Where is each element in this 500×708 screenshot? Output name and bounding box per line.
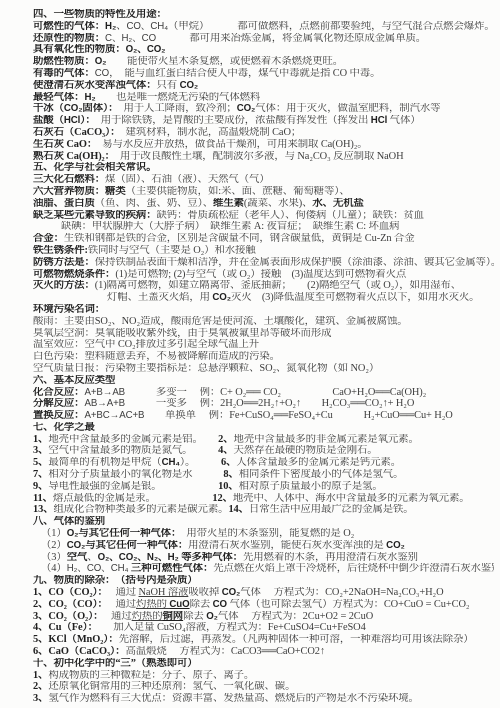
text-run: 空气质量日报：污染物主要指标是：总悬浮颗粒、SO₂、氮氧化物（如 NO₂） [33, 363, 379, 374]
text-run: 与其它任何一种气体： [78, 528, 176, 539]
text-run: 3、CO₂（O₂）： [33, 611, 98, 622]
text-run: HCl [371, 115, 387, 126]
text-run: 还原性的物质： [33, 33, 105, 44]
text-run: 固体）： [82, 103, 113, 114]
text-line-20: 合金：生铁和钢都是铁的合金，区别是含碳量不同，钢含碳量低，黄铜是 Cu-Zn 合… [33, 233, 494, 245]
text-line-7: 使澄清石灰水变浑浊气体：只有 CO₂ [33, 80, 494, 92]
text-run: 日常生活中应用最广泛的金属是铁。 [249, 504, 414, 515]
text-run: 通过 [103, 599, 136, 610]
text-run: 5、 [33, 457, 48, 468]
text-run: 11、 [33, 493, 53, 504]
text-run: 气体（也可除去氢气）方程式为：CO+CuO = Cu+CO₂ [227, 599, 469, 610]
text-run: CO [213, 599, 227, 610]
text-run: 单换单 例：Fe+CuSO₄══FeSO₄+Cu H₂+CuO══Cu+ H₂O [144, 410, 452, 421]
text-run: 导电性最强的金属是银。 [48, 481, 218, 492]
text-run: 组成化合物种类最多的元素是碳元素。 [53, 504, 228, 515]
text-run: 维生素 [213, 198, 244, 209]
text-run: 灭火的方法： [33, 280, 95, 291]
text-run: 生石灰 CaO： [33, 139, 92, 150]
text-run: 构成物质的三种微粒是：分子、原子、离子。 [48, 670, 254, 681]
text-line-13: 熟石灰 Ca(OH)₂： 用于改良酸性土壤，配制波尔多液，与 Na₂CO₃ 反应… [33, 151, 494, 163]
text-run: 有毒的气体： [33, 68, 95, 79]
text-run: 6、CaO（CaCO₃）： [33, 646, 125, 657]
text-run: 空气中含量最多的物质是氮气。 [48, 445, 218, 456]
text-line-39: 5、最简单的有机物是甲烷（CH₄）。 6、人体含量最多的金属元素是钙元素。 [33, 457, 494, 469]
text-run: 最轻气体： [33, 92, 84, 103]
text-run: 空气 [67, 552, 88, 563]
text-line-46: （2）CO₂与其它任何一种气体：用澄清石灰水鉴别，能使石灰水变浑浊的是 CO₂ [33, 540, 494, 552]
text-line-10: 盐酸（HCl）： 用于除铁锈，是胃酸的主要成份，浓盐酸有挥发性（挥发出 HCl … [33, 115, 494, 127]
text-line-31: 空气质量日报：污染物主要指标是：总悬浮颗粒、SO₂、氮氧化物（如 NO₂） [33, 363, 494, 375]
text-line-48: （4）H₂、CO、CH₄ 三种可燃性气体：先点燃在火焰上罩干冷烧杯，后往烧杯中倒… [33, 563, 494, 575]
text-line-42: 11、熔点最低的金属是汞。 12、地壳中、人体中、海水中含量最多的元素为氧元素。 [33, 493, 494, 505]
text-line-19: 缺碘：甲状腺肿大（大脖子病） 缺维生素 A: 夜盲症； 缺维生素 C: 坏血病 [33, 221, 494, 233]
text-run: 5、KCl（MnO₂）： [33, 634, 119, 645]
text-run: 与其它任何一种气体： [85, 540, 188, 551]
text-run: 化合反应： [33, 387, 84, 398]
text-run: 天然存在最硬的物质是金刚石。 [234, 445, 378, 456]
text-line-30: 白色污染：塑料随意丢弃，不易被降解而造成的污染。 [33, 351, 494, 363]
text-run: CO₂ [212, 292, 231, 303]
text-run: 分解反应： [33, 398, 84, 409]
text-run: 灯帽、土盖灭火焰，用 [107, 292, 212, 303]
text-run: (1)隔离可燃物，如建立隔离带、釜底抽薪； (2)隔绝空气（或 O₂），如用湿布… [95, 280, 461, 291]
text-run: 通过 [98, 611, 131, 622]
text-run: 多变一 例：C+ O₂══ CO₂ CaO+H₂O══Ca(OH)₂ [125, 387, 426, 398]
text-run: （4） [41, 563, 67, 574]
text-run: CO₂ [222, 587, 241, 598]
text-run: H₂ [84, 92, 95, 103]
text-line-41: 9、导电性最强的金属是银。 10、相对原子质量最小的原子是氢。 [33, 481, 494, 493]
text-run: 等多种气体： [181, 552, 243, 563]
text-line-45: （1）O₂与其它任何一种气体： 用带火星的木条鉴别，能复燃的是 O₂ [33, 528, 494, 540]
text-run: 三大化石燃料： [33, 174, 105, 185]
text-run: 气体） [387, 115, 420, 126]
text-run: 还原氧化铜常用的三种还原剂：氢气、一氧化碳、碳。 [48, 681, 295, 692]
text-line-38: 3、空气中含量最多的物质是氮气。 4、天然存在最硬的物质是金刚石。 [33, 445, 494, 457]
text-run: 先点燃在火焰上罩干冷烧杯，后往烧杯中倒少许澄清石灰水鉴别。 [213, 563, 494, 574]
text-line-25: 灯帽、土盖灭火焰，用 CO₂灭火 (3)降低温度至可燃物着火点以下，如用水灭火。 [33, 292, 494, 304]
text-run: 六大营养物质： [33, 186, 105, 197]
text-run: 除去 [190, 599, 213, 610]
text-run: 五、化学与社会相关常识。 [33, 162, 157, 173]
text-line-11: 石灰石（CaCO₃）： 建筑材料，制水泥，高温煅烧制 CaO； [33, 127, 494, 139]
text-line-52: 3、CO₂（O₂）： 通过灼热的铜网除去 O₂气体 方程式为：2Cu+O2 = … [33, 611, 494, 623]
text-run: 缺钙：骨质疏松症（老年人）、佝偻病（儿童）；缺铁：贫血 [157, 210, 424, 221]
text-run: 八、气体的鉴别 [33, 516, 105, 527]
text-run: O₂ [95, 56, 107, 67]
text-line-33: 化合反应：A+B→AB 多变一 例：C+ O₂══ CO₂ CaO+H₂O══C… [33, 387, 494, 399]
text-line-3: 还原性的物质：C、H₂、CO 都可用来冶炼金属，将金属氧化物还原成金属单质。 [33, 33, 494, 45]
text-line-55: 6、CaO（CaCO₃）：高温煅烧 方程式为：CaCO3══CaO+CO2↑ [33, 646, 494, 658]
text-run: （鱼、肉、蛋、奶、豆）、 [95, 198, 213, 209]
text-run: 具有氧化性的物质： [33, 44, 126, 55]
text-run: ）。 [180, 457, 221, 468]
text-run: 三种可燃性气体： [131, 563, 213, 574]
text-line-59: 3、氢气作为燃料有三大优点：资源丰富、发热量高、燃烧后的产物是水不污染环境。 [33, 693, 494, 705]
text-run: 也是唯一燃烧无污染的气体燃料 [96, 92, 261, 103]
text-run: 2、 [218, 434, 233, 445]
text-run: 都可用来冶炼金属，将金属氧化物还原成金属单质。 [156, 33, 426, 44]
text-run: 糖类 [105, 186, 126, 197]
text-run: 温室效应：空气中 CO₂排放过多引起全球气温上升 [33, 339, 259, 350]
text-line-5: 助燃性物质：O₂ 能使带火星木条复燃，或使燃着木条燃烧更旺。 [33, 56, 494, 68]
text-run: 6、 [221, 457, 236, 468]
text-line-26: 环境污染名词： [33, 304, 494, 316]
text-run: 铜网 [163, 611, 184, 622]
text-run: 可燃物燃烧条件： [33, 269, 115, 280]
text-run: C、H₂、CO [105, 33, 156, 44]
text-run: 煤（固）、石油（液）、天然气（气） [105, 174, 270, 185]
text-run: (1)是可燃物; (2)与空气（或 O₂）接触 (3)温度达到可燃物着火点 [115, 269, 406, 280]
text-line-44: 八、气体的鉴别 [33, 516, 494, 528]
text-run: 使澄清石灰水变浑浊气体： [33, 80, 157, 91]
text-run: 吸收掉 [188, 587, 221, 598]
text-run: ， 能与血红蛋白结合使人中毒，煤气中毒就是指 CO 中毒。 [109, 68, 380, 79]
text-run: 13、 [33, 504, 53, 515]
text-run: 气体：用于灭火，做温室肥料，制汽水等 [255, 103, 440, 114]
text-run: 保持铁制品表面干燥和洁净，并在金属表面形成保护膜（涂油漆、涂油、镀其它金属等）。 [95, 257, 494, 268]
text-run: 用于除铁锈，是胃酸的主要成份，浓盐酸有挥发性（挥发出 [90, 115, 370, 126]
text-run: 石灰石（CaCO₃）： [33, 127, 115, 138]
text-run: CO₂ [237, 103, 256, 114]
text-run: 九、物质的除杂： [33, 575, 110, 586]
text-run: 通过 [103, 587, 139, 598]
text-run: 用澄清石灰水鉴别，能使石灰水变浑浊的是 [188, 540, 386, 551]
text-run: （1） [41, 528, 67, 539]
text-run: 7、 [33, 469, 48, 480]
text-line-47: （3）空气、O₂、CO₂、N₂、H₂ 等多种气体：先用燃着的木条，再用澄清石灰水… [33, 552, 494, 564]
text-line-57: 1、构成物质的三种微粒是：分子、原子、离子。 [33, 670, 494, 682]
text-run: 七、化学之最 [33, 422, 95, 433]
text-run: 缺碘：甲状腺肿大（大脖子病） 缺维生素 A: 夜盲症； 缺维生素 C: 坏血病 [61, 221, 399, 232]
text-run: 用于人工降雨，致冷剂； [113, 103, 237, 114]
text-run: 2、CO₂（CO）： [33, 599, 103, 610]
text-run: 灼热的 [136, 599, 169, 610]
text-run: HCl [64, 115, 80, 126]
text-run: 高温煅烧 方程式为：CaCO3══CaO+CO2↑ [125, 646, 325, 657]
text-run: （2） [41, 540, 67, 551]
text-line-6: 有毒的气体：CO， 能与血红蛋白结合使人中毒，煤气中毒就是指 CO 中毒。 [33, 68, 494, 80]
text-run: 铁生锈条件: [33, 245, 88, 256]
text-run: 水、无机盐 [312, 198, 363, 209]
text-run: 10、 [218, 481, 238, 492]
text-run: 相同条件下密度最小的气体是氢气。 [239, 469, 404, 480]
text-line-21: 铁生锈条件:铁同时与空气（主要是 O₂）和水接触 [33, 245, 494, 257]
text-run: CO₂ [64, 103, 83, 114]
text-run: 地壳中含量最多的非金属元素是氧元素。 [234, 434, 419, 445]
text-line-14: 五、化学与社会相关常识。 [33, 162, 494, 174]
text-run: 白色污染：塑料随意丢弃，不易被降解而造成的污染。 [33, 351, 280, 362]
text-line-56: 十、初中化学中的“三”（熟悉即可） [33, 658, 494, 670]
text-run: 酸雨：主要由SO₂、NO₂造成，酸雨危害是使河流、土壤酸化，建筑、金属被腐蚀。 [33, 316, 408, 327]
text-run: 1、 [33, 434, 48, 445]
text-run: 干冰（ [33, 103, 64, 114]
text-run: CH₄ [162, 457, 180, 468]
text-line-54: 5、KCl（MnO₂）：先溶解，后过滤，再蒸发。（凡两种固体一种可溶，一种难溶均… [33, 634, 494, 646]
text-run: 、 [87, 552, 97, 563]
text-run: 灼热的 [132, 611, 163, 622]
text-line-23: 可燃物燃烧条件：(1)是可燃物; (2)与空气（或 O₂）接触 (3)温度达到可… [33, 269, 494, 281]
text-line-34: 分解反应：AB→A+B 一变多 例：2H₂O══2H₂↑+O₂↑ H₂CO₃══… [33, 398, 494, 410]
text-run: ）： [80, 115, 90, 126]
text-run: H₂ [105, 21, 116, 32]
text-run: A+BC→AC+B [84, 410, 144, 421]
text-run: 4、Cu（Fe）： [33, 622, 93, 633]
text-line-53: 4、Cu（Fe）： 加入足量 CuSO₄溶液，方程式为：Fe+CuSO4=Cu+… [33, 622, 494, 634]
text-line-24: 灭火的方法：(1)隔离可燃物，如建立隔离带、釜底抽薪； (2)隔绝空气（或 O₂… [33, 280, 494, 292]
text-run: CO₂ [180, 80, 199, 91]
text-run: (蔬菜、水果)、 [244, 198, 312, 209]
text-line-32: 六、基本反应类型 [33, 375, 494, 387]
text-line-36: 七、化学之最 [33, 422, 494, 434]
text-run: 氢气作为燃料有三大优点：资源丰富、发热量高、燃烧后的产物是水不污染环境。 [48, 693, 418, 704]
text-run: 防锈方法是： [33, 257, 95, 268]
text-line-16: 六大营养物质：糖类（主要供能物质，如:米、面、蔗糖、葡萄糖等）、 [33, 186, 494, 198]
text-run: 14、 [228, 504, 248, 515]
text-run: 油脂、蛋白质 [33, 198, 95, 209]
text-run: 合金： [33, 233, 64, 244]
text-run: 熟石灰 Ca(OH)₂： [33, 151, 110, 162]
text-run: （3） [41, 552, 67, 563]
text-run: CO、CH₄ [126, 21, 168, 32]
text-run: H₂、CO、CH₄ [67, 563, 129, 574]
text-run: 建筑材料，制水泥，高温煅烧制 CaO； [115, 127, 301, 138]
text-run: 先溶解，后过滤，再蒸发。（凡两种固体一种可溶，一种难溶均可用该法除杂） [119, 634, 474, 645]
text-run: 除去 [183, 611, 206, 622]
text-run: 3、 [33, 445, 48, 456]
text-run: 最简单的有机物是甲烷（ [48, 457, 161, 468]
text-run: A+B→AB [84, 387, 125, 398]
text-line-29: 温室效应：空气中 CO₂排放过多引起全球气温上升 [33, 339, 494, 351]
text-line-2: 可燃性的气体：H₂、CO、CH₄（甲烷） 都可做燃料，点燃前都要验纯，与空气混合… [33, 21, 494, 33]
text-run: 铁同时与空气（主要是 O₂）和水接触 [88, 245, 256, 256]
text-run: CuO [169, 599, 189, 610]
text-run: 8、 [223, 469, 238, 480]
text-line-4: 具有氧化性的物质：O₂、CO₂ [33, 44, 494, 56]
text-run: 气体 方程式为：2Cu+O2 = 2CuO [218, 611, 373, 622]
text-run: 地壳中、人体中、海水中含量最多的元素为氧元素。 [233, 493, 470, 504]
text-run: 置换反应： [33, 410, 84, 421]
text-run: CO₂ [67, 540, 86, 551]
text-run: O₂ [206, 611, 218, 622]
text-line-9: 干冰（CO₂固体）： 用于人工降雨，致冷剂；CO₂气体：用于灭火，做温室肥料，制… [33, 103, 494, 115]
text-line-12: 生石灰 CaO： 易与水反应并放热，做食品干燥剂，可用来制取 Ca(OH)₂。 [33, 139, 494, 151]
text-run: 盐酸（ [33, 115, 64, 126]
text-run: 气体 方程式为：CO₂+2NaOH=Na₂CO₃+H₂O [240, 587, 443, 598]
text-run: 助燃性物质： [33, 56, 95, 67]
text-run: 熔点最低的金属是汞。 [53, 493, 212, 504]
text-line-43: 13、组成化合物种类最多的元素是碳元素。14、日常生活中应用最广泛的金属是铁。 [33, 504, 494, 516]
text-run: 生铁和钢都是铁的合金，区别是含碳量不同，钢含碳量低，黄铜是 Cu-Zn 合金 [64, 233, 415, 244]
text-run: 1、 [33, 670, 48, 681]
text-line-8: 最轻气体：H₂ 也是唯一燃烧无污染的气体燃料 [33, 92, 494, 104]
text-run: 灭火 (3)降低温度至可燃物着火点以下，如用水灭火。 [231, 292, 480, 303]
text-line-15: 三大化石燃料：煤（固）、石油（液）、天然气（气） [33, 174, 494, 186]
text-run: 臭氧层空洞：臭氧能吸收紫外线，由于臭氧被氟里昂等破坏而形成 [33, 328, 331, 339]
text-line-27: 酸雨：主要由SO₂、NO₂造成，酸雨危害是使河流、土壤酸化，建筑、金属被腐蚀。 [33, 316, 494, 328]
text-line-37: 1、地壳中含量最多的金属元素是铝。 2、地壳中含量最多的非金属元素是氧元素。 [33, 434, 494, 446]
text-run: 3、 [33, 693, 48, 704]
text-line-40: 7、相对分子质量最小的氧化物是水 8、相同条件下密度最小的气体是氢气。 [33, 469, 494, 481]
text-line-18: 缺乏某些元素导致的疾病：缺钙：骨质疏松症（老年人）、佝偻病（儿童）；缺铁：贫血 [33, 210, 494, 222]
text-line-1: 四、一些物质的特性及用途： [33, 9, 494, 21]
text-run: 一变多 例：2H₂O══2H₂↑+O₂↑ H₂CO₃══CO₂↑+ H₂O [125, 398, 414, 409]
text-run: 、 [116, 21, 126, 32]
text-run: 先用燃着的木条，再用澄清石灰水鉴别 [243, 552, 418, 563]
text-run: 都可做燃料，点燃前都要验纯，与空气混合点燃会爆炸。 [204, 21, 494, 32]
text-run: 缺乏某些元素导致的疾病： [33, 210, 157, 221]
text-run: 只有 [157, 80, 180, 91]
text-run: 可燃性的气体： [33, 21, 105, 32]
text-run: 相对原子质量最小的原子是氢。 [239, 481, 383, 492]
document-page: 四、一些物质的特性及用途：可燃性的气体：H₂、CO、CH₄（甲烷） 都可做燃料，… [0, 0, 500, 708]
text-run: O₂ [67, 528, 79, 539]
text-run: 六、基本反应类型 [33, 375, 115, 386]
text-line-49: 九、物质的除杂： （括号内是杂质） [33, 575, 494, 587]
text-run: 4、 [218, 445, 233, 456]
text-run: 加入足量 CuSO₄溶液，方程式为：Fe+CuSO4=Cu+FeSO4 [93, 622, 366, 633]
text-run: O₂、CO₂、N₂、H₂ [98, 552, 179, 563]
text-run: O₂、CO₂ [126, 44, 166, 55]
text-line-35: 置换反应：A+BC→AC+B 单换单 例：Fe+CuSO₄══FeSO₄+Cu … [33, 410, 494, 422]
text-run: 十、初中化学中的“三”（熟悉即可） [33, 658, 198, 669]
text-run: 地壳中含量最多的金属元素是铝。 [48, 434, 218, 445]
text-line-28: 臭氧层空洞：臭氧能吸收紫外线，由于臭氧被氟里昂等破坏而形成 [33, 328, 494, 340]
text-run: 环境污染名词： [33, 304, 105, 315]
text-line-58: 2、还原氧化铜常用的三种还原剂：氢气、一氧化碳、碳。 [33, 681, 494, 693]
text-run: （主要供能物质，如:米、面、蔗糖、葡萄糖等）、 [126, 186, 350, 197]
text-run: AB→A+B [84, 398, 125, 409]
text-run: 相对分子质量最小的氧化物是水 [48, 469, 223, 480]
text-run: 用带火星的木条鉴别，能复燃的是 O₂ [176, 528, 354, 539]
text-line-50: 1、CO（CO₂）： 通过 NaOH 溶液吸收掉 CO₂气体 方程式为：CO₂+… [33, 587, 494, 599]
text-line-22: 防锈方法是：保持铁制品表面干燥和洁净，并在金属表面形成保护膜（涂油漆、涂油、镀其… [33, 257, 494, 269]
text-run: 四、一些物质的特性及用途： [33, 9, 167, 20]
text-run: 12、 [212, 493, 232, 504]
text-line-51: 2、CO₂（CO）： 通过灼热的 CuO除去 CO 气体（也可除去氢气）方程式为… [33, 599, 494, 611]
text-run: 能使带火星木条复燃，或使燃着木条燃烧更旺。 [106, 56, 343, 67]
text-run: 人体含量最多的金属元素是钙元素。 [236, 457, 401, 468]
text-run: （甲烷） [168, 21, 204, 32]
text-run: 2、 [33, 681, 48, 692]
text-run: 1、CO（CO₂）： [33, 587, 103, 598]
text-run: 易与水反应并放热，做食品干燥剂，可用来制取 Ca(OH)₂。 [92, 139, 368, 150]
text-line-17: 油脂、蛋白质（鱼、肉、蛋、奶、豆）、维生素(蔬菜、水果)、水、无机盐 [33, 198, 494, 210]
text-run: CO₂ [386, 540, 405, 551]
text-run: 用于改良酸性土壤，配制波尔多液，与 Na₂CO₃ 反应制取 NaOH [110, 151, 404, 162]
text-run: CO [95, 68, 109, 79]
text-run: （括号内是杂质） [110, 575, 197, 586]
text-run: 9、 [33, 481, 48, 492]
text-run: NaOH 溶液 [139, 587, 189, 598]
